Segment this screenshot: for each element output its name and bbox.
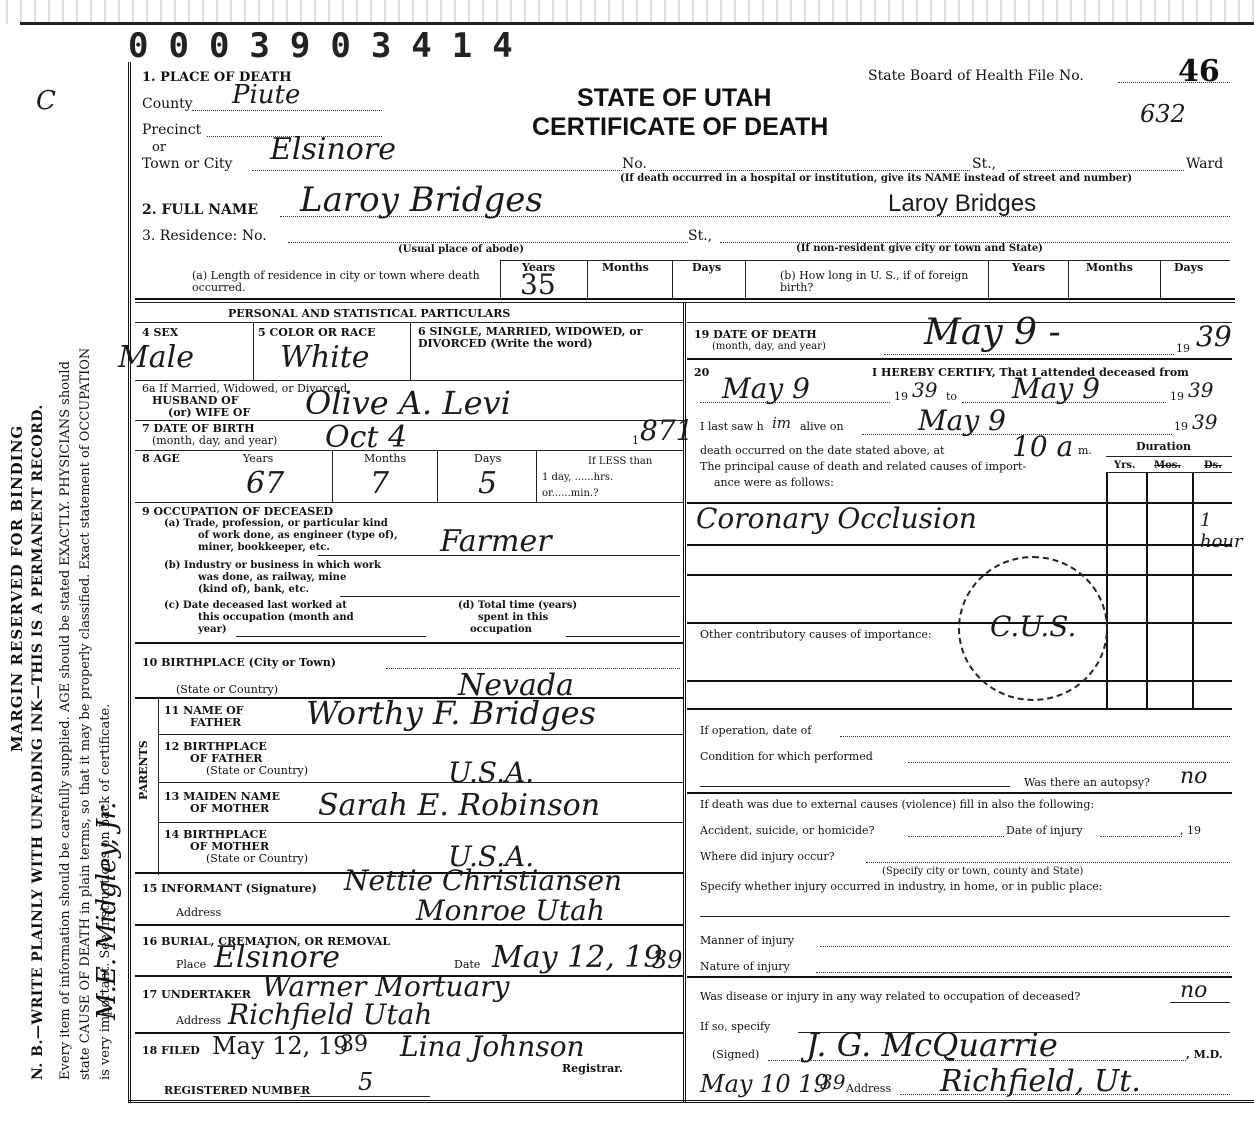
nonresident-note: (If non-resident give city or town and S… bbox=[796, 243, 1043, 254]
cause-row-line bbox=[687, 544, 1232, 546]
occupation-b-label-2: was done, as railway, mine bbox=[198, 572, 346, 583]
informant-address-value: Monroe Utah bbox=[416, 894, 605, 927]
spouse-value: Olive A. Levi bbox=[305, 384, 511, 422]
cause-row-line bbox=[687, 708, 1232, 710]
county-value: Piute bbox=[232, 80, 300, 110]
occupation-d-label-2: spent in this bbox=[478, 612, 548, 623]
age-label: 8 AGE bbox=[142, 452, 180, 465]
filed-year: 39 bbox=[340, 1032, 368, 1057]
occupation-c-label-1: (c) Date deceased last worked at bbox=[164, 600, 347, 611]
occupation-related-value: no bbox=[1180, 978, 1207, 1003]
last-saw-value: May 9 bbox=[918, 404, 1006, 437]
town-label: Town or City bbox=[142, 156, 232, 172]
dob-sub-label: (month, day, and year) bbox=[152, 434, 277, 447]
or-label: or bbox=[152, 140, 166, 155]
md-label: , M.D. bbox=[1186, 1048, 1223, 1061]
file-no-label: State Board of Health File No. bbox=[868, 68, 1084, 84]
residence-box-divider bbox=[500, 260, 501, 298]
death-time-label: death occurred on the date stated above,… bbox=[700, 444, 944, 457]
less-than-label-2: 1 day, ......hrs. bbox=[542, 472, 613, 483]
street-line bbox=[650, 170, 970, 171]
certify-to-year: 39 bbox=[1188, 378, 1213, 402]
death-date-label: 19 DATE OF DEATH bbox=[694, 328, 817, 341]
duration-ds-label: Ds. bbox=[1204, 460, 1222, 471]
death-date-value: May 9 - bbox=[924, 312, 1061, 353]
manner-of-injury-label: Manner of injury bbox=[700, 934, 794, 947]
county-label: County bbox=[142, 96, 193, 112]
autopsy-value: no bbox=[1180, 764, 1207, 789]
foreign-box-divider bbox=[1068, 260, 1069, 298]
top-border bbox=[20, 22, 1254, 25]
age-days-value: 5 bbox=[478, 466, 497, 501]
death-date-sub-label: (month, day, and year) bbox=[712, 341, 826, 352]
occupation-related-line bbox=[1170, 1002, 1230, 1003]
age-years-label: Years bbox=[243, 452, 273, 465]
dob-year-prefix: 1 bbox=[632, 434, 639, 447]
street-st-label: St., bbox=[972, 156, 996, 172]
informant-address-label: Address bbox=[176, 906, 221, 919]
col-divider bbox=[410, 322, 411, 380]
operation-date-line bbox=[840, 736, 1230, 737]
registrar-signature: Lina Johnson bbox=[400, 1030, 585, 1063]
physician-date-year: 39 bbox=[820, 1070, 845, 1094]
col-divider bbox=[437, 450, 438, 502]
registered-number-value: 5 bbox=[358, 1068, 373, 1096]
handwritten-reference-number: 632 bbox=[1140, 100, 1186, 128]
last-saw-year: 39 bbox=[1192, 410, 1217, 434]
father-name-label-2: FATHER bbox=[190, 716, 241, 729]
hospital-note: (If death occurred in a hospital or inst… bbox=[620, 173, 1132, 184]
occupation-a-label-1: (a) Trade, profession, or particular kin… bbox=[164, 518, 388, 529]
serial-number: 0003903414 bbox=[128, 26, 533, 66]
injury-location-label: Where did injury occur? bbox=[700, 850, 835, 863]
duration-col-divider bbox=[1106, 472, 1108, 710]
certify-to-year-prefix: 19 bbox=[1170, 390, 1184, 403]
filed-date-value: May 12, 19 bbox=[212, 1032, 348, 1060]
physician-date-value: May 10 19 bbox=[700, 1070, 829, 1098]
registrar-label: Registrar. bbox=[562, 1062, 623, 1075]
external-causes-intro: If death was due to external causes (vio… bbox=[700, 798, 1094, 811]
occupation-b-label-1: (b) Industry or business in which work bbox=[164, 560, 381, 571]
margin-handwritten-signature: M.E. Midgley, Jr. bbox=[92, 802, 122, 1020]
nature-of-injury-line bbox=[816, 972, 1230, 973]
occupation-a-label-3: miner, bookkeeper, etc. bbox=[198, 542, 330, 553]
form-title: CERTIFICATE OF DEATH bbox=[532, 113, 828, 142]
operation-date-label: If operation, date of bbox=[700, 724, 811, 737]
corner-mark: C bbox=[36, 86, 56, 116]
death-year-prefix: 19 bbox=[1176, 342, 1190, 355]
dob-year: 871 bbox=[640, 414, 693, 447]
duration-col-divider bbox=[1192, 472, 1194, 710]
birthplace-label: 10 BIRTHPLACE (City or Town) bbox=[142, 656, 336, 669]
foreign-months-label: Months bbox=[1086, 261, 1133, 274]
informant-label: 15 INFORMANT (Signature) bbox=[142, 882, 317, 895]
occupation-d-label-1: (d) Total time (years) bbox=[458, 600, 577, 611]
injury-setting-label: Specify whether injury occurred in indus… bbox=[700, 880, 1102, 893]
full-name-annotation: Laroy Bridges bbox=[888, 190, 1036, 218]
sex-label: 4 SEX bbox=[142, 326, 178, 339]
occupation-label: 9 OCCUPATION OF DECEASED bbox=[142, 505, 333, 518]
residence-box-divider bbox=[745, 260, 746, 298]
operation-condition-label: Condition for which performed bbox=[700, 750, 873, 763]
margin-binding-note: MARGIN RESERVED FOR BINDING bbox=[8, 425, 26, 752]
row-divider bbox=[135, 642, 683, 644]
mother-name-label-2: OF MOTHER bbox=[190, 802, 269, 815]
death-date-line bbox=[884, 354, 1174, 355]
row-divider bbox=[135, 924, 683, 926]
section-divider bbox=[135, 298, 1235, 300]
less-than-label-1: If LESS than bbox=[588, 456, 652, 467]
row-divider bbox=[687, 792, 1232, 794]
mother-birthplace-label-3: (State or Country) bbox=[206, 852, 308, 865]
ward-line bbox=[1008, 170, 1184, 171]
col-divider bbox=[536, 450, 537, 502]
residence-months-label: Months bbox=[602, 261, 649, 274]
foreign-box-divider bbox=[1160, 260, 1161, 298]
col-divider bbox=[332, 450, 333, 502]
injury-setting-line bbox=[700, 916, 1230, 917]
physician-address-value: Richfield, Ut. bbox=[940, 1064, 1141, 1099]
sex-value: Male bbox=[118, 340, 194, 375]
marital-status-label: 6 SINGLE, MARRIED, WIDOWED, or DIVORCED … bbox=[418, 326, 680, 350]
residence-box-divider bbox=[587, 260, 588, 298]
operation-condition-line bbox=[908, 762, 1230, 763]
form-title-state: STATE OF UTAH bbox=[577, 84, 771, 113]
foreign-years-label: Years bbox=[1012, 261, 1045, 274]
parents-side-label: PARENTS bbox=[137, 740, 150, 800]
duration-header-line bbox=[1106, 472, 1232, 473]
foreign-birth-label: (b) How long in U. S., if of foreign bir… bbox=[780, 270, 980, 294]
filed-label: 18 FILED bbox=[142, 1044, 200, 1057]
registered-number-label: REGISTERED NUMBER bbox=[164, 1084, 310, 1097]
date-of-injury-line bbox=[1100, 836, 1182, 837]
occupation-d-label-3: occupation bbox=[470, 624, 532, 635]
last-saw-pronoun: im bbox=[772, 414, 791, 432]
occupation-a-value: Farmer bbox=[440, 524, 552, 559]
certify-to-value: May 9 bbox=[1012, 372, 1100, 405]
row-divider bbox=[158, 734, 683, 735]
injury-location-line bbox=[866, 862, 1230, 863]
undertaker-address-value: Richfield Utah bbox=[228, 998, 432, 1031]
accident-line bbox=[908, 836, 1004, 837]
injury-location-note: (Specify city or town, county and State) bbox=[882, 866, 1083, 877]
parents-bracket bbox=[158, 697, 159, 875]
residence-years-value: 35 bbox=[520, 268, 556, 301]
duration-mos-label: Mos. bbox=[1154, 460, 1181, 471]
accident-label: Accident, suicide, or homicide? bbox=[700, 824, 874, 837]
principal-cause-value: Coronary Occlusion bbox=[696, 502, 977, 535]
burial-date-value: May 12, 19 bbox=[492, 940, 663, 975]
row-divider bbox=[135, 450, 683, 451]
foreign-days-label: Days bbox=[1174, 261, 1203, 274]
row-divider bbox=[687, 358, 1232, 360]
occupation-c-label-2: this occupation (month and bbox=[198, 612, 354, 623]
street-no-label: No. bbox=[622, 156, 647, 172]
duration-label: Duration bbox=[1136, 440, 1191, 453]
father-birthplace-value: U.S.A. bbox=[448, 756, 534, 789]
margin-instruction-2: state CAUSE OF DEATH in plain terms, so … bbox=[78, 348, 93, 1080]
race-label: 5 COLOR OR RACE bbox=[258, 326, 375, 339]
death-year-value: 39 bbox=[1196, 320, 1232, 353]
physician-address-label: Address bbox=[846, 1082, 891, 1095]
row-divider bbox=[158, 782, 683, 783]
occupation-d-line bbox=[566, 636, 680, 637]
father-name-value: Worthy F. Bridges bbox=[306, 694, 596, 732]
age-months-value: 7 bbox=[370, 466, 389, 501]
margin-permanent-note: N. B.—WRITE PLAINLY WITH UNFADING INK—TH… bbox=[30, 404, 46, 1080]
cause-row-line bbox=[687, 574, 1232, 576]
last-saw-year-prefix: 19 bbox=[1174, 420, 1188, 433]
certify-to-label: to bbox=[946, 390, 957, 403]
duration-col-divider bbox=[1146, 472, 1148, 710]
scan-top-edge bbox=[0, 0, 1254, 24]
precinct-label: Precinct bbox=[142, 122, 201, 138]
residence-label: 3. Residence: No. bbox=[142, 228, 267, 244]
row-divider bbox=[135, 380, 683, 381]
row-divider bbox=[687, 976, 1232, 978]
date-of-injury-label: Date of injury bbox=[1006, 824, 1083, 837]
death-time-value: 10 a bbox=[1012, 430, 1073, 463]
duration-top-line bbox=[1106, 456, 1232, 457]
personal-section-title: PERSONAL AND STATISTICAL PARTICULARS bbox=[228, 307, 510, 320]
duration-yrs-label: Yrs. bbox=[1114, 460, 1136, 471]
less-than-label-3: or......min.? bbox=[542, 488, 598, 499]
town-value: Elsinore bbox=[270, 132, 396, 167]
contributory-label: Other contributory causes of importance: bbox=[700, 628, 932, 641]
full-name-label: 2. FULL NAME bbox=[142, 202, 258, 218]
row-divider bbox=[135, 322, 683, 323]
if-so-specify-label: If so, specify bbox=[700, 1020, 770, 1033]
informant-value: Nettie Christiansen bbox=[344, 864, 622, 897]
form-left-border bbox=[128, 62, 132, 1102]
nature-of-injury-label: Nature of injury bbox=[700, 960, 790, 973]
date-of-injury-year: , 19 bbox=[1180, 824, 1201, 837]
certify-number: 20 bbox=[694, 366, 709, 379]
registered-number-line bbox=[300, 1096, 430, 1097]
row-divider bbox=[135, 420, 683, 421]
occupation-related-label: Was disease or injury in any way related… bbox=[700, 990, 1080, 1003]
occupation-b-line bbox=[340, 596, 680, 597]
margin-instruction-1: Every item of information should be care… bbox=[58, 361, 73, 1080]
section-divider bbox=[135, 302, 1235, 303]
age-months-label: Months bbox=[364, 452, 406, 465]
burial-place-label: Place bbox=[176, 958, 206, 971]
alive-on-label: alive on bbox=[800, 420, 844, 433]
occupation-b-label-3: (kind of), bank, etc. bbox=[198, 584, 309, 595]
spouse-label-3: (or) WIFE OF bbox=[168, 406, 250, 419]
town-line bbox=[252, 170, 622, 171]
cause-label-1: The principal cause of death and related… bbox=[700, 460, 1026, 473]
death-time-suffix: m. bbox=[1078, 444, 1092, 457]
row-divider bbox=[135, 502, 683, 503]
father-birthplace-label-3: (State or Country) bbox=[206, 764, 308, 777]
undertaker-address-label: Address bbox=[176, 1014, 221, 1027]
mother-name-value: Sarah E. Robinson bbox=[318, 788, 600, 823]
occupation-a-label-2: of work done, as engineer (type of), bbox=[198, 530, 398, 541]
certify-from-year: 39 bbox=[912, 378, 937, 402]
file-no-value: 46 bbox=[1178, 54, 1220, 89]
certify-from-year-prefix: 19 bbox=[894, 390, 908, 403]
residence-st-label: St., bbox=[688, 228, 712, 244]
autopsy-label: Was there an autopsy? bbox=[1024, 776, 1150, 789]
county-line bbox=[192, 110, 382, 111]
age-years-value: 67 bbox=[246, 466, 284, 501]
race-value: White bbox=[280, 340, 370, 375]
abode-note: (Usual place of abode) bbox=[398, 244, 524, 255]
operation-continuation-line bbox=[700, 786, 1010, 787]
ward-label: Ward bbox=[1186, 156, 1223, 172]
cause-row-line bbox=[687, 680, 1232, 682]
residence-no-line bbox=[288, 242, 688, 243]
birthplace-state-label: (State or Country) bbox=[176, 683, 278, 696]
signed-label: (Signed) bbox=[712, 1048, 759, 1061]
cause-label-2: ance were as follows: bbox=[714, 476, 834, 489]
age-days-label: Days bbox=[474, 452, 501, 465]
last-saw-label: I last saw h bbox=[700, 420, 764, 433]
foreign-box-divider bbox=[988, 260, 989, 298]
form-bottom-border bbox=[128, 1100, 1254, 1103]
residence-box-divider bbox=[672, 260, 673, 298]
physician-signature: J. G. McQuarrie bbox=[806, 1026, 1058, 1064]
full-name-value: Laroy Bridges bbox=[300, 180, 543, 220]
burial-date-year: 39 bbox=[652, 946, 683, 974]
col-divider bbox=[253, 322, 254, 380]
residence-days-label: Days bbox=[692, 261, 721, 274]
occupation-c-line bbox=[236, 636, 426, 637]
stamp-text: C.U.S. bbox=[990, 610, 1076, 643]
certify-from-value: May 9 bbox=[722, 372, 810, 405]
occupation-c-label-3: year) bbox=[198, 624, 227, 635]
length-of-residence-label: (a) Length of residence in city or town … bbox=[192, 270, 482, 294]
manner-of-injury-line bbox=[820, 946, 1230, 947]
row-divider bbox=[158, 822, 683, 823]
